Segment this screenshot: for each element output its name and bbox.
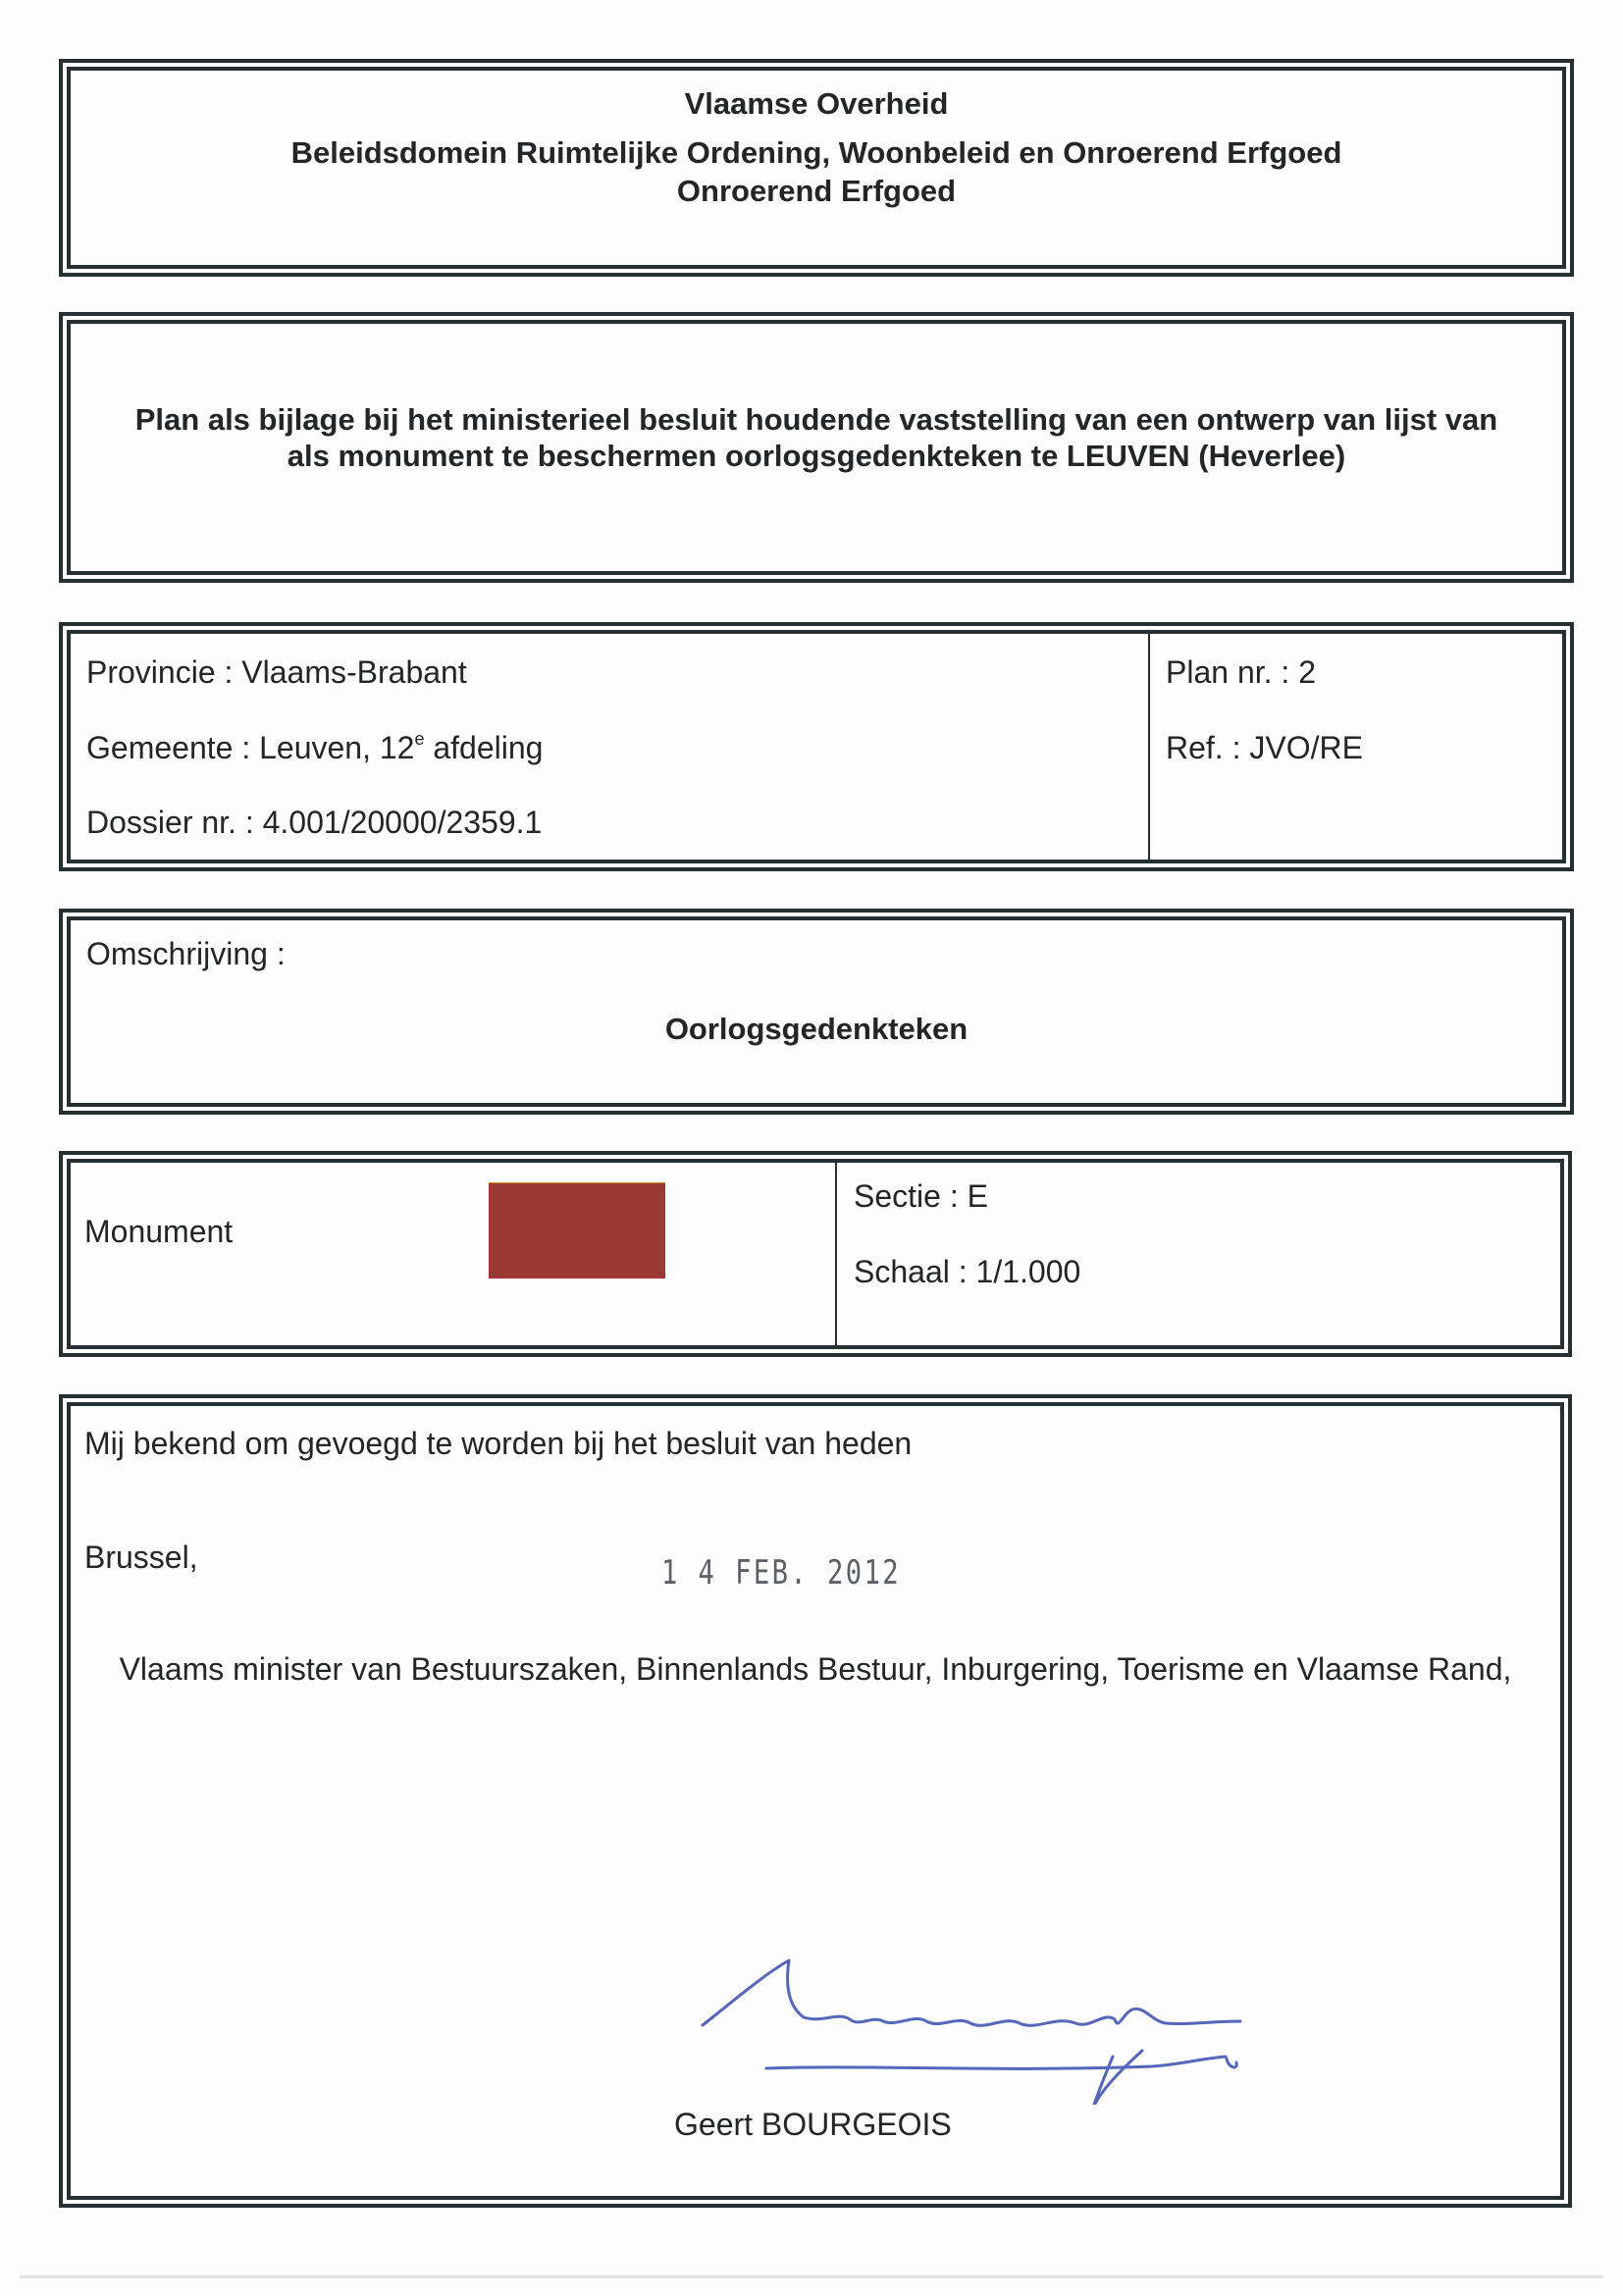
approval-box: Mij bekend om gevoegd te worden bij het … [59, 1394, 1572, 2208]
description-value: Oorlogsgedenkteken [63, 1012, 1570, 1047]
header-policy-domain: Beleidsdomein Ruimtelijke Ordening, Woon… [63, 135, 1570, 171]
legend-divider [835, 1163, 837, 1345]
signatory-name: Geert BOURGEOIS [674, 2107, 952, 2143]
approval-statement: Mij bekend om gevoegd te worden bij het … [84, 1426, 912, 1462]
sectie-field: Sectie : E [854, 1178, 988, 1215]
legend-monument-label: Monument [84, 1214, 233, 1250]
dossier-field: Dossier nr. : 4.001/20000/2359.1 [86, 805, 542, 841]
date-stamp: 1 4 FEB. 2012 [661, 1553, 901, 1592]
gemeente-ordinal: e [414, 729, 424, 749]
plan-number-field: Plan nr. : 2 [1166, 654, 1316, 691]
minister-title: Vlaams minister van Bestuurszaken, Binne… [63, 1651, 1568, 1688]
header-authority: Vlaamse Overheid [63, 86, 1570, 122]
approval-place: Brussel, [84, 1539, 198, 1576]
title-box: Plan als bijlage bij het ministerieel be… [59, 312, 1574, 583]
monument-color-swatch [489, 1182, 665, 1278]
location-divider [1148, 634, 1150, 860]
scan-edge-line [20, 2275, 1603, 2278]
header-box: Vlaamse Overheid Beleidsdomein Ruimtelij… [59, 59, 1574, 277]
description-box: Omschrijving : Oorlogsgedenkteken [59, 909, 1574, 1115]
provincie-field: Provincie : Vlaams-Brabant [86, 654, 467, 691]
signature-icon [691, 1943, 1280, 2105]
reference-field: Ref. : JVO/RE [1166, 730, 1363, 766]
title-line-2: als monument te beschermen oorlogsgedenk… [63, 439, 1570, 474]
gemeente-suffix: afdeling [424, 730, 543, 765]
description-label: Omschrijving : [86, 936, 286, 972]
schaal-field: Schaal : 1/1.000 [854, 1254, 1080, 1290]
header-agency: Onroerend Erfgoed [63, 174, 1570, 209]
location-box: Provincie : Vlaams-Brabant Gemeente : Le… [59, 622, 1574, 871]
gemeente-text: Gemeente : Leuven, 12 [86, 730, 414, 765]
gemeente-field: Gemeente : Leuven, 12e afdeling [86, 730, 543, 766]
legend-box: Monument Sectie : E Schaal : 1/1.000 [59, 1151, 1572, 1357]
legend-box-inner-border [67, 1159, 1564, 1349]
title-line-1: Plan als bijlage bij het ministerieel be… [63, 402, 1570, 438]
